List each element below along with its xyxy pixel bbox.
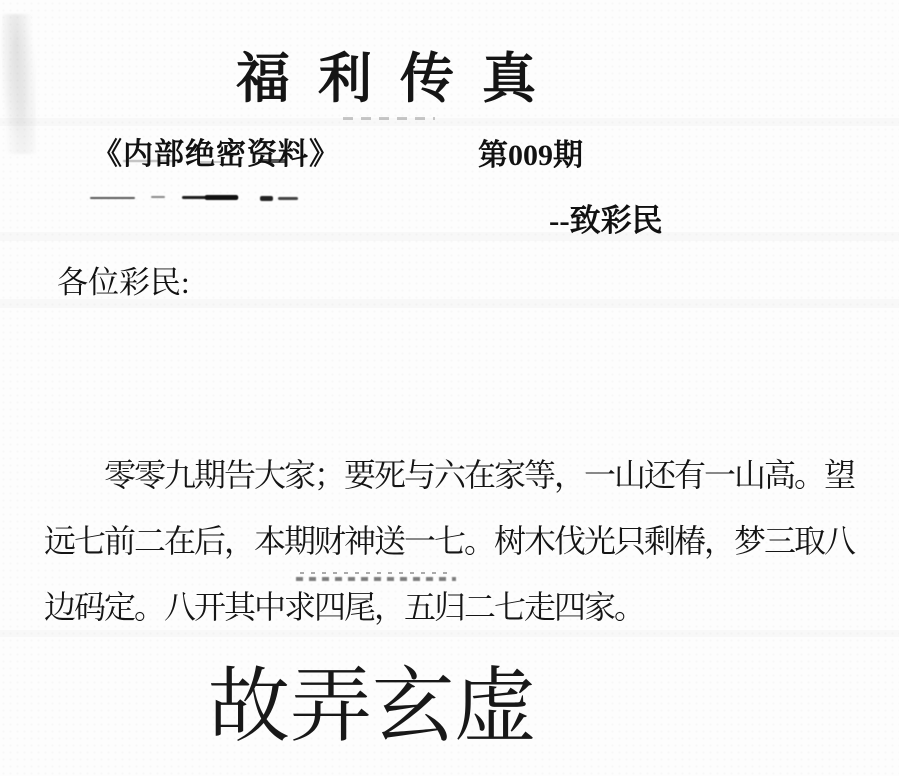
issue-number-label: 第009期: [478, 130, 583, 174]
page-title: 福利传真: [236, 36, 564, 113]
salutation-label: 各位彩民:: [57, 257, 190, 302]
corner-smudge-artifact: [2, 14, 36, 154]
dedication-label: --致彩民: [549, 195, 663, 240]
erased-dash: [151, 196, 165, 198]
erased-dots-remnant: [296, 577, 456, 581]
body-text-line: 零零九期告大家；要死与六在家等，一山还有一山高。望: [44, 450, 854, 496]
erased-dash: [90, 197, 135, 199]
erased-dots-remnant: [300, 572, 452, 574]
scan-band: [0, 118, 899, 126]
scan-band: [0, 630, 899, 637]
footer-phrase: 故弄玄虚: [208, 641, 536, 758]
scan-band: [0, 232, 899, 241]
fax-document-page: 福利传真 《内部绝密资料》 第009期 --致彩民 各位彩民: 零零九期告大家；…: [0, 0, 899, 776]
under-title-artifact: [343, 117, 435, 120]
body-text-line: 边码定。八开其中求四尾，五归二七走四家。: [44, 582, 644, 628]
erased-dash: [260, 196, 273, 201]
erased-dash: [278, 197, 298, 200]
erased-dash: [205, 195, 238, 200]
body-text-line: 远七前二在后，本期财神送一七。树木伐光只剩椿，梦三取八: [44, 516, 854, 562]
confidential-source-label: 《内部绝密资料》: [92, 129, 340, 173]
